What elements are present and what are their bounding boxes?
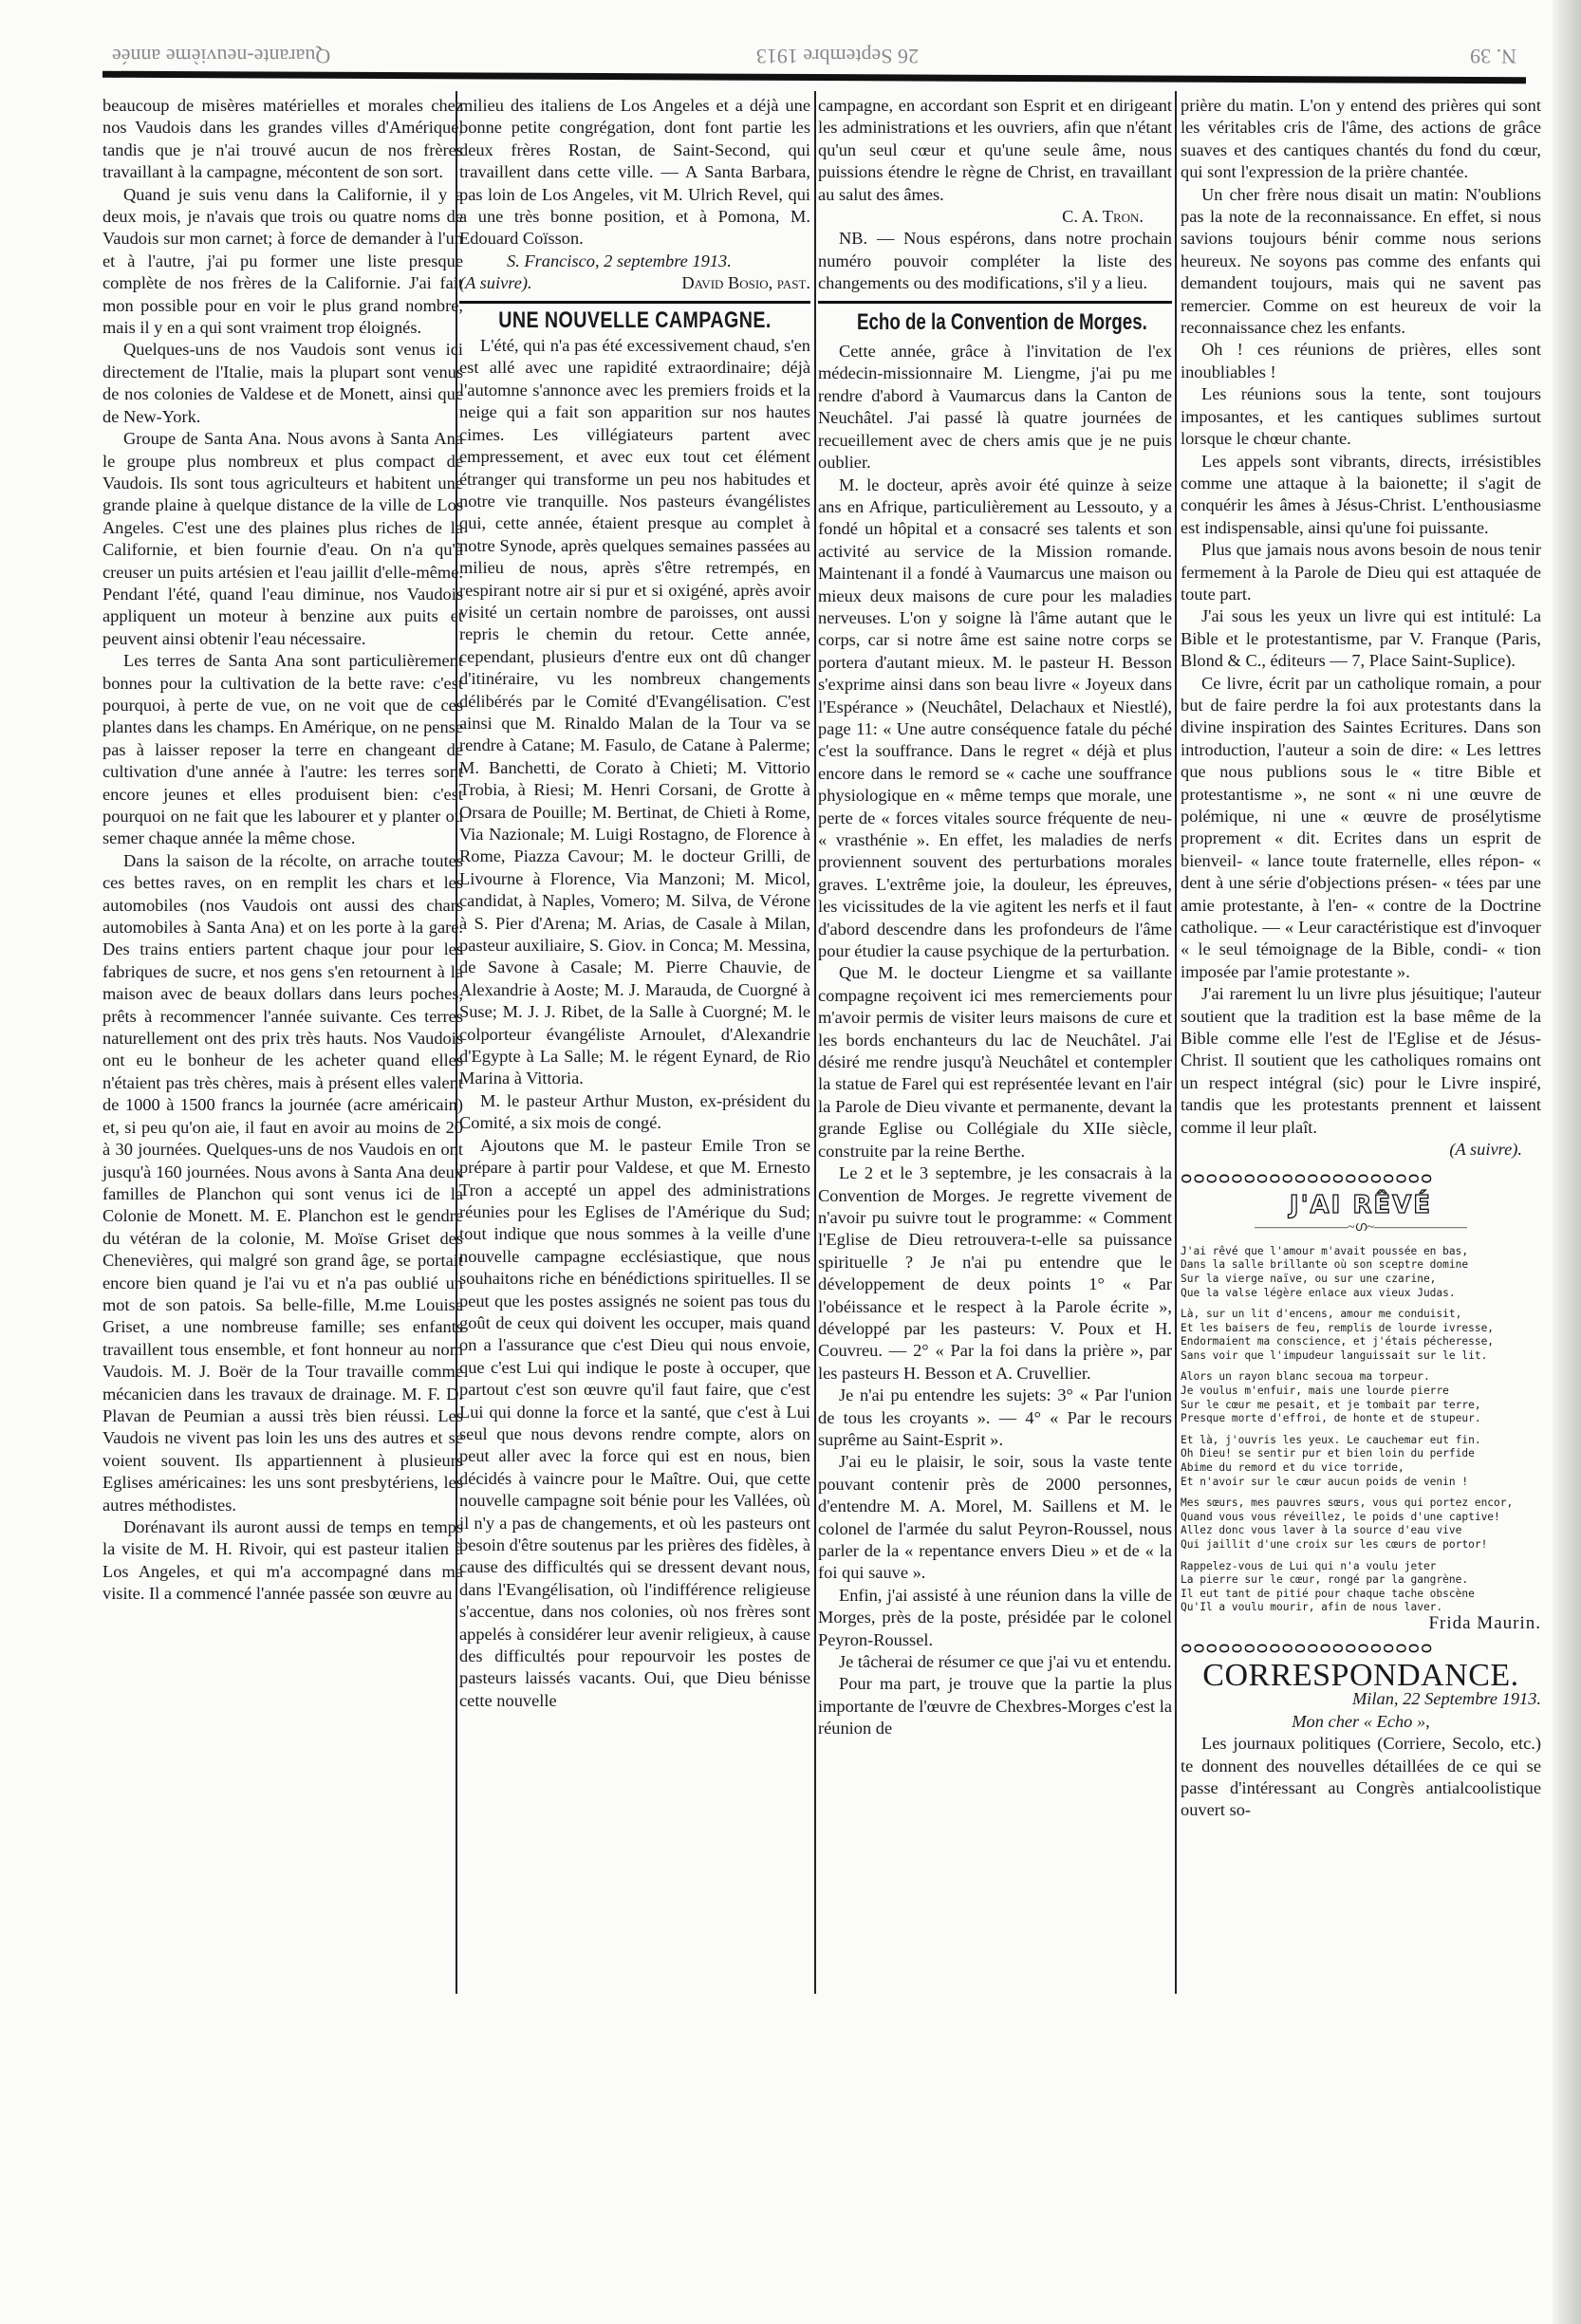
paragraph: Enfin, j'ai assisté à une réunion dans l… <box>818 1585 1172 1651</box>
chain-ornament-icon: ᴑᴑᴑᴑᴑᴑᴑᴑᴑᴑᴑᴑᴑᴑᴑᴑᴑᴑᴑᴑ <box>1181 1637 1541 1659</box>
poem-line: Mes sœurs, mes pauvres sœurs, vous qui p… <box>1181 1497 1541 1511</box>
to-follow-note: (A suivre). <box>459 272 532 294</box>
column-1: beaucoup de misères matérielles et moral… <box>102 95 463 1606</box>
paragraph: milieu des italiens de Los Angeles et a … <box>459 95 810 251</box>
poem-line: Endormaient ma conscience, et j'étais pé… <box>1181 1335 1541 1349</box>
paragraph: Un cher frère nous disait un matin: N'ou… <box>1181 184 1541 340</box>
poem-line: Quand vous vous réveillez, le poids d'un… <box>1181 1511 1541 1525</box>
column-divider-3 <box>1175 91 1177 1994</box>
poem-line: Et là, j'ouvris les yeux. Le cauchemar e… <box>1181 1434 1541 1448</box>
column-3: campagne, en accordant son Esprit et en … <box>818 95 1172 1740</box>
paragraph: Plus que jamais nous avons besoin de nou… <box>1181 539 1541 605</box>
poem-line: Que la valse légère enlace aux vieux Jud… <box>1181 1287 1541 1301</box>
paragraph: M. le pasteur Arthur Muston, ex-présiden… <box>459 1090 810 1135</box>
paragraph: prière du matin. L'on y entend des prièr… <box>1181 95 1541 184</box>
poem-line: Et n'avoir sur le cœur aucun poids de ve… <box>1181 1476 1541 1490</box>
chain-ornament-icon: ᴑᴑᴑᴑᴑᴑᴑᴑᴑᴑᴑᴑᴑᴑᴑᴑᴑᴑᴑᴑ <box>1181 1167 1541 1189</box>
poem-stanza: Et là, j'ouvris les yeux. Le cauchemar e… <box>1181 1434 1541 1489</box>
poem-line: Sur la vierge naïve, ou sur une czarine, <box>1181 1273 1541 1287</box>
paragraph: M. le docteur, après avoir été quinze à … <box>818 474 1172 963</box>
to-follow-note: (A suivre). <box>1181 1139 1541 1161</box>
section-rule <box>818 301 1172 304</box>
poem-stanza: Mes sœurs, mes pauvres sœurs, vous qui p… <box>1181 1497 1541 1552</box>
poem-line: La pierre sur le cœur, rongé par la gang… <box>1181 1573 1541 1588</box>
paragraph: Ajoutons que M. le pasteur Emile Tron se… <box>459 1135 810 1713</box>
paragraph: Cette année, grâce à l'invitation de l'e… <box>818 341 1172 474</box>
paragraph: Les réunions sous la tente, sont toujour… <box>1181 383 1541 450</box>
poem: J'ai rêvé que l'amour m'avait poussée en… <box>1181 1245 1541 1631</box>
poem-line: J'ai rêvé que l'amour m'avait poussée en… <box>1181 1245 1541 1259</box>
poem-line: Sans voir que l'impudeur languissait sur… <box>1181 1349 1541 1364</box>
poem-line: Oh Dieu! se sentir pur et bien loin du p… <box>1181 1447 1541 1461</box>
article-title: Echo de la Convention de Morges. <box>857 311 1133 333</box>
paragraph: Je n'ai pu entendre les sujets: 3° « Par… <box>818 1385 1172 1451</box>
dateline: S. Francisco, 2 septembre 1913. <box>459 251 810 272</box>
paragraph: Quand je suis venu dans la Californie, i… <box>102 184 463 340</box>
paragraph: J'ai eu le plaisir, le soir, sous la vas… <box>818 1451 1172 1584</box>
article-title: UNE NOUVELLE CAMPAGNE. <box>491 309 778 331</box>
poem-stanza: J'ai rêvé que l'amour m'avait poussée en… <box>1181 1245 1541 1300</box>
poem-stanza: Là, sur un lit d'encens, amour me condui… <box>1181 1308 1541 1363</box>
poem-line: Abime du remord et du vice torride, <box>1181 1461 1541 1476</box>
poem-stanza: Alors un rayon blanc secoua ma torpeur. … <box>1181 1370 1541 1425</box>
page-edge-shadow <box>1553 0 1581 2324</box>
paragraph: Les journaux politiques (Corriere, Secol… <box>1181 1733 1541 1822</box>
author-signature: C. A. Tron. <box>818 206 1172 228</box>
paragraph: Les appels sont vibrants, directs, irrés… <box>1181 451 1541 540</box>
paragraph: L'été, qui n'a pas été excessivement cha… <box>459 335 810 1090</box>
paragraph: Pour ma part, je trouve que la partie la… <box>818 1673 1172 1739</box>
newspaper-page: N. 39 26 Septembre 1913 Quarante-neuvièm… <box>0 0 1581 2324</box>
poem-line: Là, sur un lit d'encens, amour me condui… <box>1181 1308 1541 1322</box>
section-rule <box>459 301 810 304</box>
poem-title: J'AI RÊVÉ <box>1181 1195 1541 1217</box>
flourish-ornament-icon: ———————~ഗ~——————— <box>1181 1217 1541 1238</box>
poem-line: Il eut tant de pitié pour chaque tache o… <box>1181 1588 1541 1602</box>
paragraph: Quelques-uns de nos Vaudois sont venus i… <box>102 339 463 428</box>
paragraph: Les terres de Santa Ana sont particulièr… <box>102 650 463 850</box>
poem-line: Je voulus m'enfuir, mais une lourde pier… <box>1181 1385 1541 1399</box>
poem-line: Sur le cœur me pesait, et je tombait par… <box>1181 1399 1541 1413</box>
poem-stanza: Rappelez-vous de Lui qui n'a voulu jeter… <box>1181 1560 1541 1615</box>
paragraph: Dorénavant ils auront aussi de temps en … <box>102 1516 463 1606</box>
poem-line: Rappelez-vous de Lui qui n'a voulu jeter <box>1181 1560 1541 1574</box>
paragraph: Groupe de Santa Ana. Nous avons à Santa … <box>102 428 463 650</box>
paragraph: Que M. le docteur Liengme et sa vaillant… <box>818 962 1172 1162</box>
page-header-mirrored: N. 39 26 Septembre 1913 Quarante-neuvièm… <box>102 40 1526 68</box>
nb-note: NB. — Nous espérons, dans notre prochain… <box>818 228 1172 294</box>
paragraph: Je tâcherai de résumer ce que j'ai vu et… <box>818 1651 1172 1673</box>
paragraph: Le 2 et le 3 septembre, je les consacrai… <box>818 1162 1172 1385</box>
column-4: prière du matin. L'on y entend des prièr… <box>1181 95 1541 1822</box>
poem-line: Dans la salle brillante où son sceptre d… <box>1181 1258 1541 1273</box>
paragraph: Ce livre, écrit par un catholique romain… <box>1181 673 1541 984</box>
column-2: milieu des italiens de Los Angeles et a … <box>459 95 810 1712</box>
column-divider-2 <box>814 91 816 1994</box>
paragraph: campagne, en accordant son Esprit et en … <box>818 95 1172 206</box>
volume-year: Quarante-neuvième année <box>112 44 330 68</box>
header-rule <box>102 71 1526 84</box>
greeting: Mon cher « Echo », <box>1181 1711 1541 1733</box>
paragraph: J'ai rarement lu un livre plus jésuitiqu… <box>1181 983 1541 1139</box>
paragraph: Oh ! ces réunions de prières, elles sont… <box>1181 339 1541 383</box>
section-title: CORRESPONDANCE. <box>1181 1664 1541 1686</box>
paragraph: Dans la saison de la récolte, on arrache… <box>102 850 463 1516</box>
paragraph: J'ai sous les yeux un livre qui est inti… <box>1181 605 1541 672</box>
issue-number: N. 39 <box>1470 44 1516 68</box>
poem-author: Frida Maurin. <box>1181 1617 1541 1631</box>
signature-line: (A suivre). David Bosio, past. <box>459 272 810 294</box>
poem-line: Alors un rayon blanc secoua ma torpeur. <box>1181 1370 1541 1385</box>
poem-line: Presque morte d'effroi, de honte et de s… <box>1181 1412 1541 1426</box>
issue-date: 26 Septembre 1913 <box>756 44 919 68</box>
poem-line: Allez donc vous laver à la source d'eau … <box>1181 1524 1541 1538</box>
paragraph: beaucoup de misères matérielles et moral… <box>102 95 463 184</box>
poem-line: Et les baisers de feu, remplis de lourde… <box>1181 1322 1541 1336</box>
author-signature: David Bosio, past. <box>681 272 810 294</box>
poem-line: Qui jaillit d'une croix sur les cœurs de… <box>1181 1538 1541 1552</box>
